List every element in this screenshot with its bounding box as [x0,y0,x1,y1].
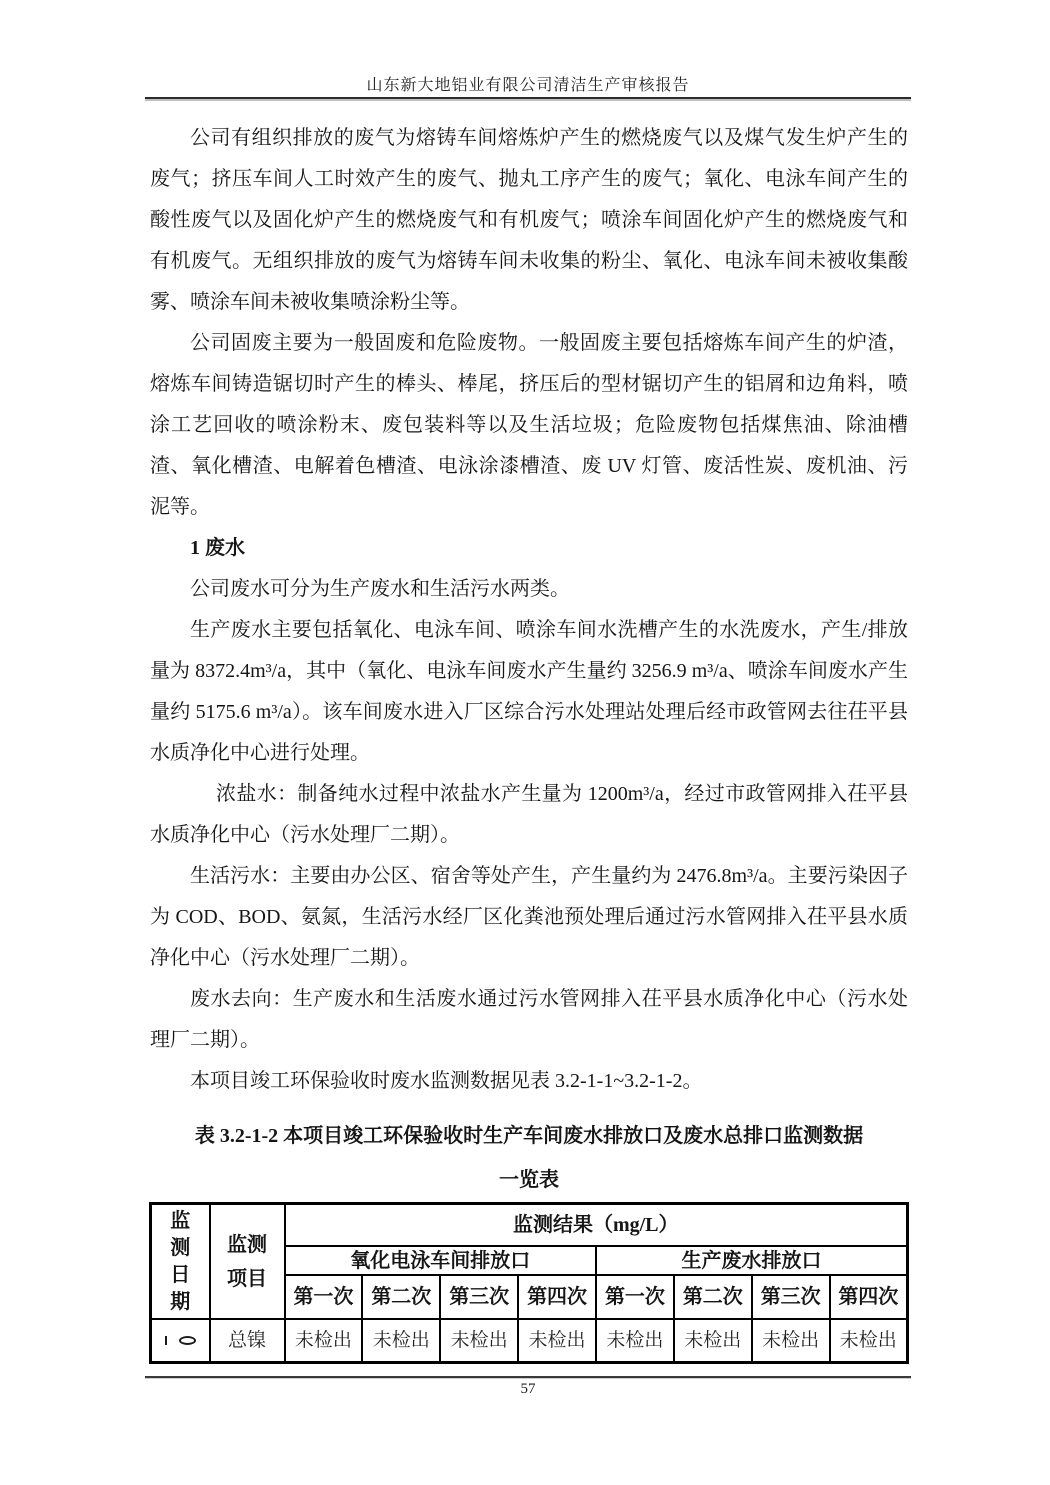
column-header-item-cell: 监测项目 [210,1204,285,1320]
result-cell-2: 未检出 [362,1319,440,1363]
paragraph-organized-waste-gas: 公司有组织排放的废气为熔铸车间熔炼炉产生的燃烧废气以及煤气发生炉产生的废气；挤压… [150,118,908,323]
table-caption-line2: 一览表 [150,1158,908,1202]
document-page: 山东新大地铝业有限公司清洁生产审核报告 公司有组织排放的废气为熔铸车间熔炼炉产生… [0,0,1050,1485]
column-header-item: 监测项目 [224,1228,270,1296]
result-cell-3: 未检出 [440,1319,518,1363]
time-header-8: 第四次 [830,1275,908,1319]
paragraph-solid-waste: 公司固废主要为一般固废和危险废物。一般固废主要包括熔炼车间产生的炉渣，熔炼车间铸… [150,323,908,528]
time-header-6: 第二次 [674,1275,752,1319]
running-header: 山东新大地铝业有限公司清洁生产审核报告 [148,72,908,95]
result-cell-5: 未检出 [596,1319,674,1363]
result-cell-7: 未检出 [752,1319,830,1363]
result-header: 监测结果（mg/L） [285,1204,908,1247]
monitoring-date-cell [151,1319,210,1363]
paragraph-domestic-sewage: 生活污水：主要由办公区、宿舍等处产生，产生量约为 2476.8m³/a。主要污染… [150,856,908,979]
paragraph-brine: 浓盐水：制备纯水过程中浓盐水产生量为 1200m³/a，经过市政管网排入茌平县水… [150,774,908,856]
column-header-date-cell: 监测日期 [151,1204,210,1320]
monitoring-item-cell: 总镍 [210,1319,285,1363]
paragraph-production-wastewater: 生产废水主要包括氧化、电泳车间、喷涂车间水洗槽产生的水洗废水，产生/排放量为 8… [150,610,908,774]
time-header-3: 第三次 [440,1275,518,1319]
time-header-4: 第四次 [518,1275,596,1319]
page-number: 57 [148,1381,908,1398]
result-cell-8: 未检出 [830,1319,908,1363]
page-body: 公司有组织排放的废气为熔铸车间熔炼炉产生的燃烧废气以及煤气发生炉产生的废气；挤压… [150,118,908,1364]
date-digit-oval [179,1336,196,1345]
time-header-2: 第二次 [362,1275,440,1319]
time-header-7: 第三次 [752,1275,830,1319]
date-digit-tick [165,1336,167,1345]
result-cell-4: 未检出 [518,1319,596,1363]
section-heading-wastewater: 1 废水 [150,528,908,569]
table-caption: 表 3.2-1-2 本项目竣工环保验收时生产车间废水排放口及废水总排口监测数据 … [150,1114,908,1202]
header-rule [145,97,911,99]
result-cell-1: 未检出 [285,1319,363,1363]
table-caption-line1: 表 3.2-1-2 本项目竣工环保验收时生产车间废水排放口及废水总排口监测数据 [150,1114,908,1158]
time-header-1: 第一次 [285,1275,363,1319]
column-header-date: 监测日期 [169,1208,192,1316]
result-cell-6: 未检出 [674,1319,752,1363]
footer-rule [145,1376,911,1378]
group-header-production-outlet: 生产废水排放口 [596,1246,908,1275]
time-header-5: 第一次 [596,1275,674,1319]
monitoring-table: 监测日期 监测项目 监测结果（mg/L） 氧化电泳车间排放口 生产废水排放口 第… [149,1202,909,1364]
paragraph-monitoring-reference: 本项目竣工环保验收时废水监测数据见表 3.2-1-1~3.2-1-2。 [150,1061,908,1102]
paragraph-wastewater-types: 公司废水可分为生产废水和生活污水两类。 [150,569,908,610]
rotated-date-fragment [152,1320,209,1361]
paragraph-wastewater-destination: 废水去向：生产废水和生活废水通过污水管网排入茌平县水质净化中心（污水处理厂二期）… [150,979,908,1061]
group-header-oxidation-outlet: 氧化电泳车间排放口 [285,1246,597,1275]
